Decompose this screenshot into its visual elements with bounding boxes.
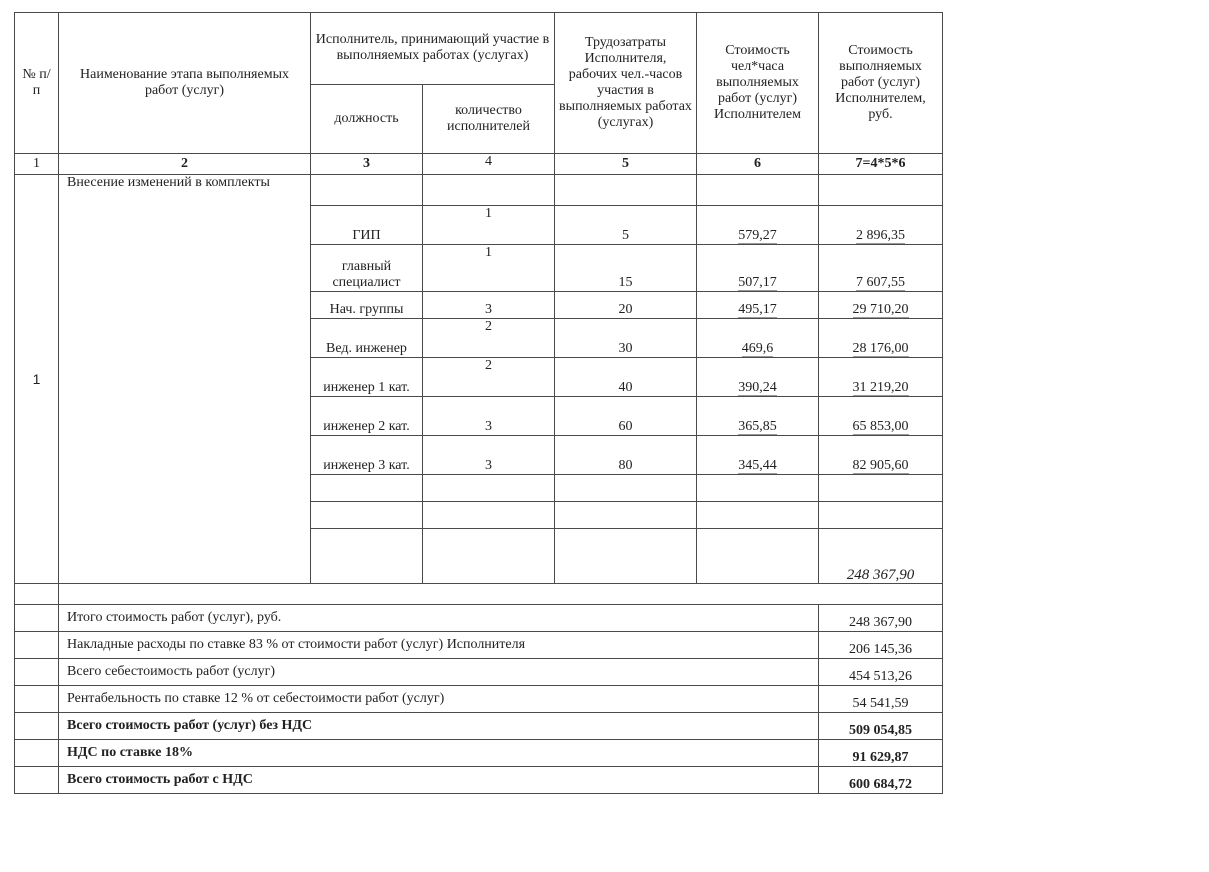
summary-label: Всего стоимость работ с НДС <box>59 767 819 794</box>
labor-cell: 40 <box>555 358 697 397</box>
empty-cell <box>15 659 59 686</box>
header-executor-group: Исполнитель, принимающий участие в выпол… <box>311 13 555 85</box>
summary-value: 509 054,85 <box>819 713 943 740</box>
empty-cell <box>555 475 697 502</box>
hour-cost-cell: 390,24 <box>697 358 819 397</box>
col-index-3: 3 <box>311 154 423 175</box>
summary-row: Всего стоимость работ с НДС 600 684,72 <box>15 767 943 794</box>
summary-value: 600 684,72 <box>819 767 943 794</box>
empty-cell <box>423 175 555 206</box>
empty-cell <box>819 175 943 206</box>
header-row-1: № п/ п Наименование этапа выполняемых ра… <box>15 13 943 85</box>
empty-cell <box>819 502 943 529</box>
hour-cost-cell: 469,6 <box>697 319 819 358</box>
labor-cell: 80 <box>555 436 697 475</box>
summary-label: Итого стоимость работ (услуг), руб. <box>59 605 819 632</box>
empty-cell <box>819 475 943 502</box>
summary-value: 206 145,36 <box>819 632 943 659</box>
empty-cell <box>15 584 59 605</box>
position-cell: инженер 3 кат. <box>311 436 423 475</box>
summary-row: Накладные расходы по ставке 83 % от стои… <box>15 632 943 659</box>
empty-cell <box>15 740 59 767</box>
empty-cell <box>311 175 423 206</box>
header-labor: Трудозатраты Исполнителя, рабочих чел.-ч… <box>555 13 697 154</box>
position-cell: инженер 1 кат. <box>311 358 423 397</box>
summary-row: НДС по ставке 18% 91 629,87 <box>15 740 943 767</box>
stage-row-blank: 1 Внесение изменений в комплекты <box>15 175 943 206</box>
summary-label: Рентабельность по ставке 12 % от себесто… <box>59 686 819 713</box>
empty-cell <box>555 175 697 206</box>
labor-cell: 15 <box>555 245 697 292</box>
position-cell: инженер 2 кат. <box>311 397 423 436</box>
hour-cost-cell: 495,17 <box>697 292 819 319</box>
header-total-cost: Стоимость выполняемых работ (услуг) Испо… <box>819 13 943 154</box>
col-index-6: 6 <box>697 154 819 175</box>
summary-row: Рентабельность по ставке 12 % от себесто… <box>15 686 943 713</box>
empty-cell <box>311 529 423 584</box>
empty-cell <box>423 475 555 502</box>
position-cell: Вед. инженер <box>311 319 423 358</box>
summary-value: 248 367,90 <box>819 605 943 632</box>
total-cell: 28 176,00 <box>819 319 943 358</box>
labor-cell: 5 <box>555 206 697 245</box>
empty-cell <box>423 502 555 529</box>
total-cell: 65 853,00 <box>819 397 943 436</box>
summary-value: 54 541,59 <box>819 686 943 713</box>
stage-number: 1 <box>15 175 59 584</box>
summary-label: Накладные расходы по ставке 83 % от стои… <box>59 632 819 659</box>
stage-subtotal: 248 367,90 <box>819 529 943 584</box>
empty-cell <box>697 475 819 502</box>
count-cell: 3 <box>423 436 555 475</box>
summary-value: 91 629,87 <box>819 740 943 767</box>
summary-row: Итого стоимость работ (услуг), руб. 248 … <box>15 605 943 632</box>
empty-cell <box>15 686 59 713</box>
empty-cell <box>15 605 59 632</box>
total-cell: 7 607,55 <box>819 245 943 292</box>
hour-cost-cell: 365,85 <box>697 397 819 436</box>
empty-cell <box>697 175 819 206</box>
empty-cell <box>697 502 819 529</box>
total-cell: 29 710,20 <box>819 292 943 319</box>
spacer-row <box>15 584 943 605</box>
cost-estimate-sheet: № п/ п Наименование этапа выполняемых ра… <box>14 12 942 794</box>
header-stage: Наименование этапа выполняемых работ (ус… <box>59 13 311 154</box>
summary-row: Всего себестоимость работ (услуг) 454 51… <box>15 659 943 686</box>
total-cell: 82 905,60 <box>819 436 943 475</box>
count-cell: 2 <box>423 358 555 397</box>
count-cell: 1 <box>423 206 555 245</box>
position-cell: Нач. группы <box>311 292 423 319</box>
position-cell: главный специалист <box>311 245 423 292</box>
stage-name: Внесение изменений в комплекты <box>59 175 311 584</box>
labor-cell: 30 <box>555 319 697 358</box>
summary-label: Всего себестоимость работ (услуг) <box>59 659 819 686</box>
summary-row: Всего стоимость работ (услуг) без НДС 50… <box>15 713 943 740</box>
empty-cell <box>423 529 555 584</box>
col-index-4: 4 <box>423 154 555 175</box>
hour-cost-cell: 507,17 <box>697 245 819 292</box>
cost-table: № п/ п Наименование этапа выполняемых ра… <box>14 12 943 794</box>
empty-cell <box>697 529 819 584</box>
col-index-5: 5 <box>555 154 697 175</box>
summary-label: НДС по ставке 18% <box>59 740 819 767</box>
hour-cost-cell: 345,44 <box>697 436 819 475</box>
col-index-1: 1 <box>15 154 59 175</box>
count-cell: 3 <box>423 292 555 319</box>
empty-cell <box>15 713 59 740</box>
empty-cell <box>15 767 59 794</box>
empty-cell <box>555 529 697 584</box>
hour-cost-cell: 579,27 <box>697 206 819 245</box>
summary-label: Всего стоимость работ (услуг) без НДС <box>59 713 819 740</box>
position-cell: ГИП <box>311 206 423 245</box>
count-cell: 2 <box>423 319 555 358</box>
summary-value: 454 513,26 <box>819 659 943 686</box>
empty-cell <box>15 632 59 659</box>
header-hour-cost: Стоимость чел*часа выполняемых работ (ус… <box>697 13 819 154</box>
total-cell: 2 896,35 <box>819 206 943 245</box>
empty-cell <box>59 584 943 605</box>
count-cell: 1 <box>423 245 555 292</box>
column-index-row: 1 2 3 4 5 6 7=4*5*6 <box>15 154 943 175</box>
count-cell: 3 <box>423 397 555 436</box>
empty-cell <box>311 475 423 502</box>
total-cell: 31 219,20 <box>819 358 943 397</box>
header-count: количество исполнителей <box>423 84 555 154</box>
empty-cell <box>311 502 423 529</box>
labor-cell: 60 <box>555 397 697 436</box>
header-position: должность <box>311 84 423 154</box>
col-index-2: 2 <box>59 154 311 175</box>
empty-cell <box>555 502 697 529</box>
col-index-7: 7=4*5*6 <box>819 154 943 175</box>
header-num: № п/ п <box>15 13 59 154</box>
labor-cell: 20 <box>555 292 697 319</box>
